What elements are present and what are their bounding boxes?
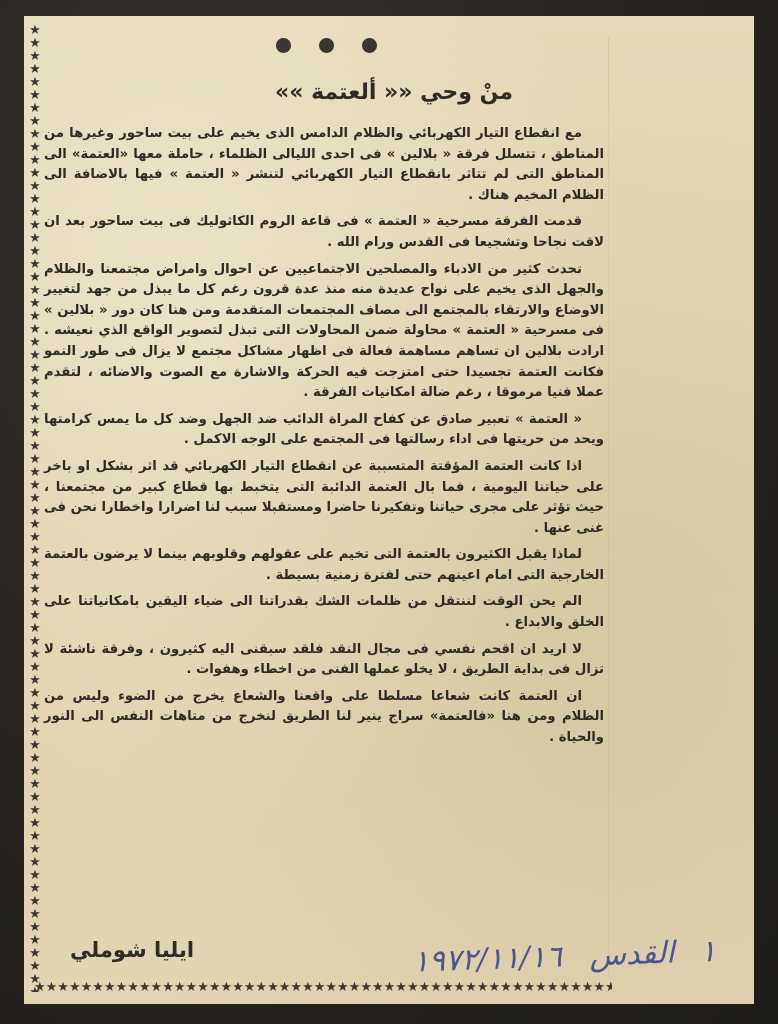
article-body: مع انقطاع التيار الكهربائي والظلام الدام…: [44, 124, 604, 755]
article-paragraph: « العتمة » تعبير صادق عن كفاح المراة الد…: [44, 410, 604, 451]
article-paragraph: ان العتمة كانت شعاعا مسلطا على واقعنا وا…: [44, 687, 604, 749]
article-headline: منْ وحي «« ألعتمة »»: [254, 80, 534, 105]
handwritten-source: القدس: [589, 935, 675, 973]
newspaper-clipping: ★★★★★★★★★★★★★★★★★★★★★★★★★★★★★★★★★★★★★★★★…: [24, 16, 754, 1004]
article-paragraph: قدمت الفرقة مسرحية « العتمة » فى قاعة ال…: [44, 212, 604, 253]
dot-icon: [362, 38, 377, 53]
paper-fold-line: [608, 36, 609, 976]
article-paragraph: تحدث كثير من الادباء والمصلحين الاجتماعي…: [44, 260, 604, 404]
article-paragraph: الم يحن الوقت لننتقل من ظلمات الشك بقدرا…: [44, 592, 604, 633]
star-border-left: ★★★★★★★★★★★★★★★★★★★★★★★★★★★★★★★★★★★★★★★★…: [26, 24, 44, 992]
ornament-dots: [276, 38, 377, 53]
handwritten-number: ١: [699, 934, 716, 970]
dot-icon: [276, 38, 291, 53]
star-border-bottom: ★★★★★★★★★★★★★★★★★★★★★★★★★★★★★★★★★★★★★★★★…: [34, 980, 612, 996]
author-byline: ايليا شوملي: [70, 938, 194, 962]
handwritten-annotation: ١ القدس ١٩٧٢/١١/١٦: [336, 934, 717, 982]
handwritten-date: ١٩٧٢/١١/١٦: [412, 939, 562, 979]
article-paragraph: لماذا يقبل الكثيرون بالعتمة التى تخيم عل…: [44, 545, 604, 586]
article-paragraph: مع انقطاع التيار الكهربائي والظلام الدام…: [44, 124, 604, 206]
article-paragraph: لا اريد ان اقحم نفسي فى مجال النقد فلقد …: [44, 640, 604, 681]
article-paragraph: اذا كانت العتمة المؤقتة المتسببة عن انقط…: [44, 457, 604, 539]
dot-icon: [319, 38, 334, 53]
